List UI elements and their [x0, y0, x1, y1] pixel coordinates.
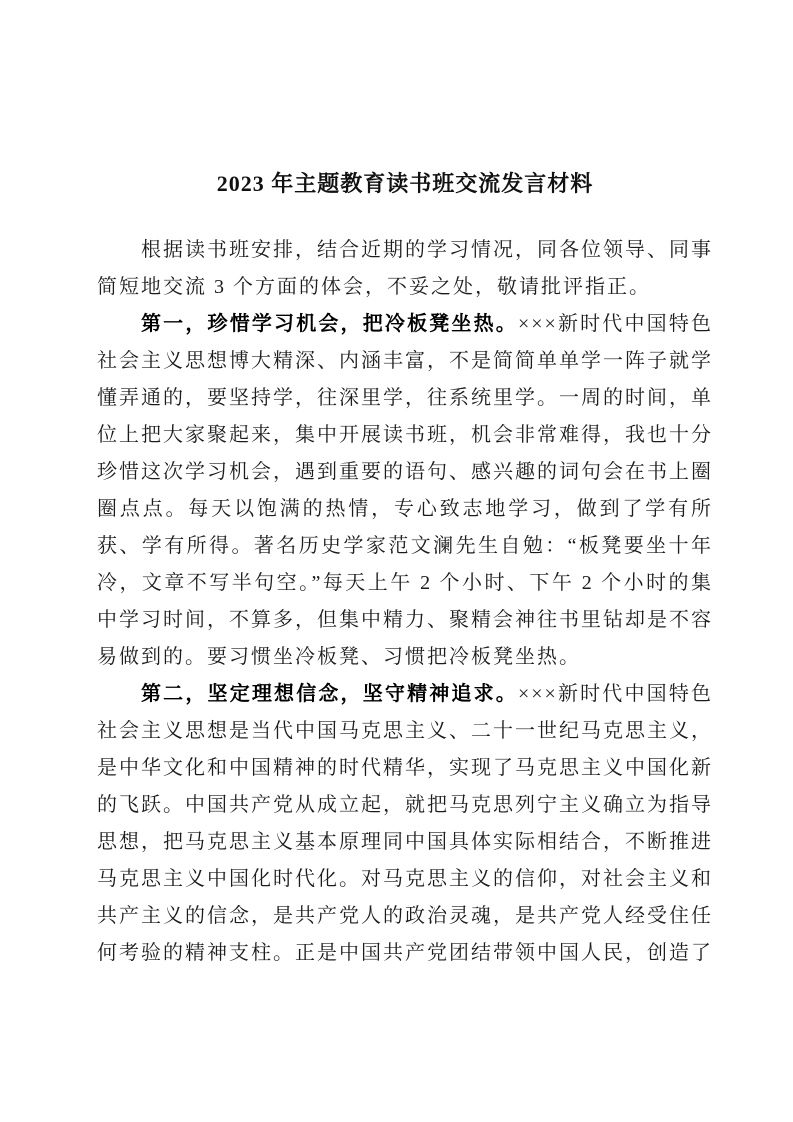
paragraph-point-2-lead: 第二，坚定理想信念，坚守精神追求。: [141, 683, 518, 705]
paragraph-point-1-lead: 第一，珍惜学习机会，把冷板凳坐热。: [141, 313, 518, 335]
paragraph-point-2-text: ×××新时代中国特色社会主义思想是当代中国马克思主义、二十一世纪马克思主义，是中…: [97, 683, 713, 964]
paragraph-point-2: 第二，坚定理想信念，坚守精神追求。×××新时代中国特色社会主义思想是当代中国马克…: [97, 676, 713, 972]
document-title: 2023 年主题教育读书班交流发言材料: [97, 172, 713, 196]
paragraph-intro-text: 根据读书班安排，结合近期的学习情况，同各位领导、同事简短地交流 3 个方面的体会…: [97, 239, 713, 298]
document-page: 2023 年主题教育读书班交流发言材料 根据读书班安排，结合近期的学习情况，同各…: [0, 0, 793, 1122]
paragraph-intro: 根据读书班安排，结合近期的学习情况，同各位领导、同事简短地交流 3 个方面的体会…: [97, 232, 713, 306]
paragraph-point-1: 第一，珍惜学习机会，把冷板凳坐热。×××新时代中国特色社会主义思想博大精深、内涵…: [97, 306, 713, 676]
paragraph-point-1-text: ×××新时代中国特色社会主义思想博大精深、内涵丰富，不是简简单单学一阵子就学懂弄…: [97, 313, 713, 668]
